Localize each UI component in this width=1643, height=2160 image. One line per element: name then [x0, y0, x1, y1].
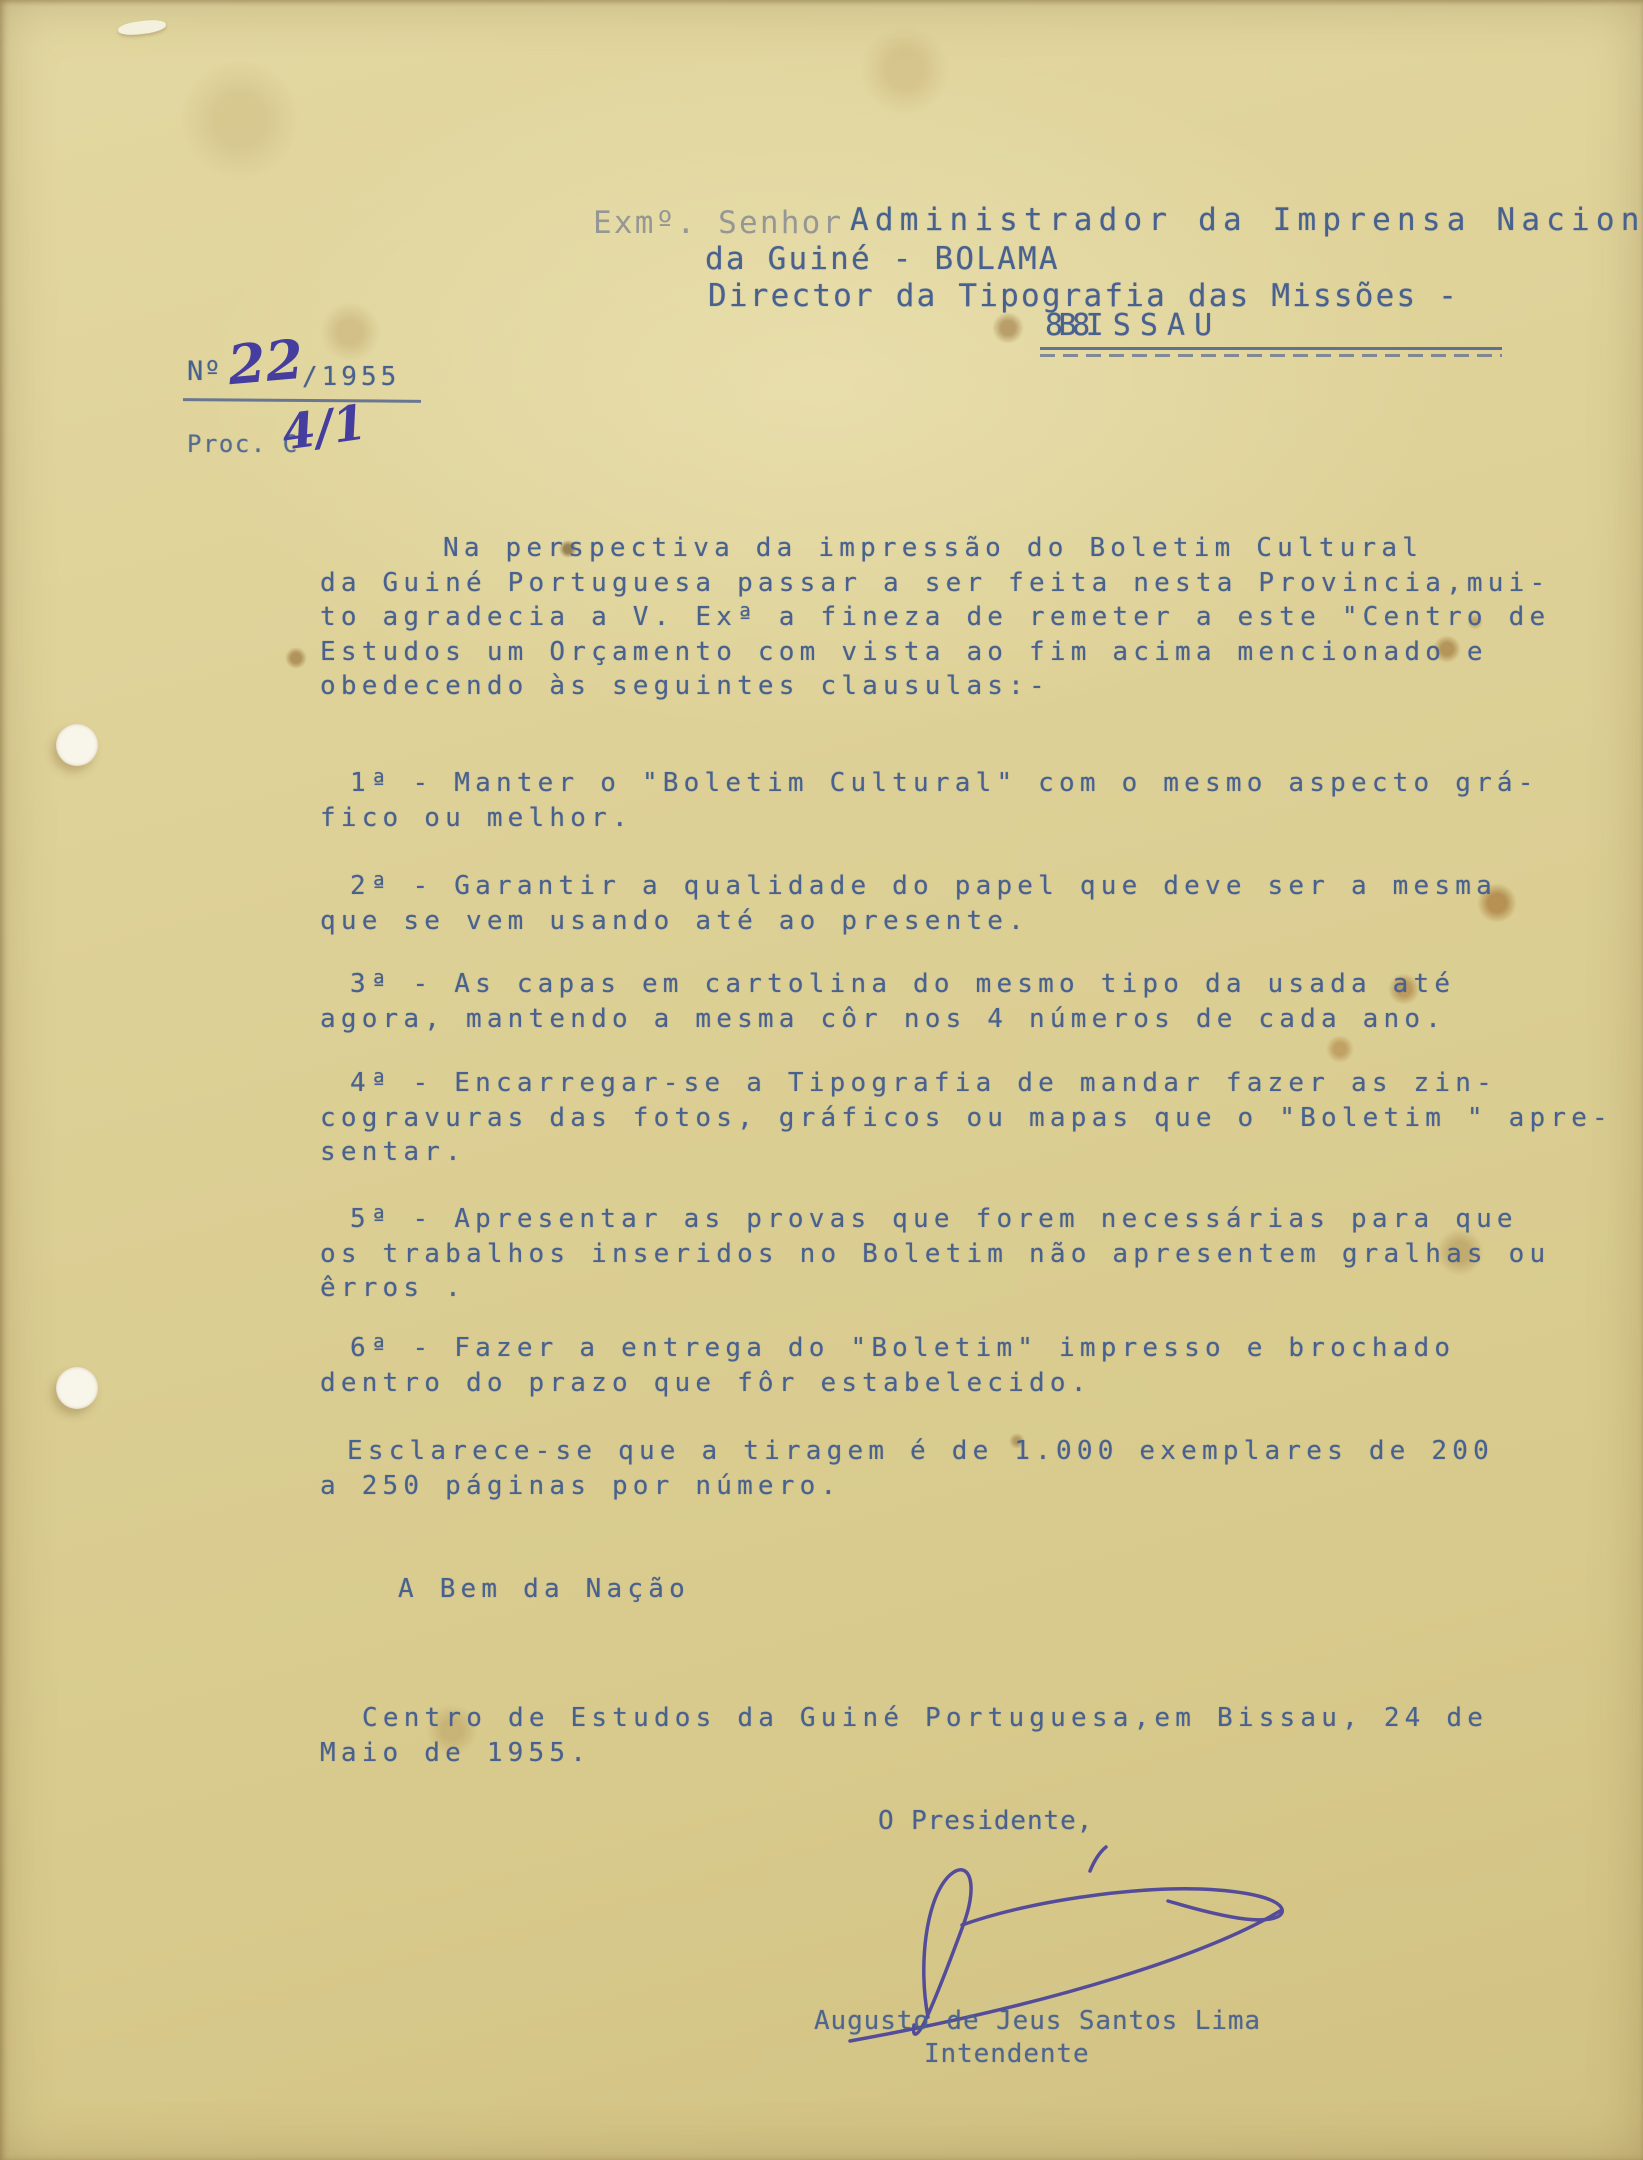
punch-hole-bottom: [56, 1367, 98, 1409]
place-date-line-2: Maio de 1955.: [320, 1736, 1488, 1771]
typed-line: 5ª - Apresentar as provas que forem nece…: [320, 1202, 1550, 1237]
proc-handwritten: 4/1: [279, 394, 370, 461]
header-salutation: Exmº. Senhor: [593, 205, 843, 241]
typed-line: 2ª - Garantir a qualidade do papel que d…: [320, 869, 1497, 904]
typed-line: obedecendo às seguintes clausulas:-: [320, 669, 1550, 704]
scanned-letter-page: Exmº. Senhor Administrador da Imprensa N…: [0, 0, 1643, 2160]
city-overstrike-line: 8B8I S S A U: [1045, 308, 1208, 343]
clause-3: 3ª - As capas em cartolina do mesmo tipo…: [320, 967, 1455, 1036]
city-underline-dashed: [1040, 354, 1502, 357]
ref-number-handwritten: 22: [225, 327, 305, 397]
typed-line: Na perspectiva da impressão do Boletim C…: [320, 531, 1550, 566]
recipient-title-line: Administrador da Imprensa Nacional: [850, 202, 1643, 238]
typed-line: os trabalhos inseridos no Boletim não ap…: [320, 1237, 1550, 1272]
clause-5: 5ª - Apresentar as provas que forem nece…: [320, 1202, 1550, 1306]
typed-line: êrros .: [320, 1271, 1550, 1306]
paragraph-opening: Na perspectiva da impressão do Boletim C…: [320, 531, 1550, 704]
typed-line: 6ª - Fazer a entrega do "Boletim" impres…: [320, 1331, 1455, 1366]
typed-line: dentro do prazo que fôr estabelecido.: [320, 1366, 1455, 1401]
motto-line: A Bem da Nação: [398, 1572, 690, 1607]
punch-hole-top: [56, 724, 98, 766]
paper-tear-notch: [117, 18, 166, 37]
city-underline: [1040, 347, 1502, 350]
clause-4: 4ª - Encarregar-se a Tipografia de manda…: [320, 1066, 1613, 1170]
place-date-line-1: Centro de Estudos da Guiné Portuguesa,em…: [320, 1701, 1488, 1736]
typed-line: to agradecia a V. Exª a fineza de remete…: [320, 600, 1550, 635]
typed-line: 4ª - Encarregar-se a Tipografia de manda…: [320, 1066, 1613, 1101]
clause-2: 2ª - Garantir a qualidade do papel que d…: [320, 869, 1497, 938]
typed-line: 3ª - As capas em cartolina do mesmo tipo…: [320, 967, 1455, 1002]
signer-title-line: Intendente: [924, 2039, 1090, 2069]
ref-number-label: Nº: [187, 356, 222, 387]
ref-number-year: /1955: [302, 362, 400, 392]
paragraph-print-run: Esclarece-se que a tiragem é de 1.000 ex…: [320, 1434, 1494, 1503]
typed-line: sentar.: [320, 1135, 1613, 1170]
place-date-block: Centro de Estudos da Guiné Portuguesa,em…: [320, 1701, 1488, 1770]
typed-line: 1ª - Manter o "Boletim Cultural" com o m…: [320, 766, 1539, 801]
typed-line: agora, mantendo a mesma côr nos 4 número…: [320, 1002, 1455, 1037]
typed-line: Esclarece-se que a tiragem é de 1.000 ex…: [320, 1434, 1494, 1469]
typed-line: que se vem usando até ao presente.: [320, 904, 1497, 939]
president-line: O Presidente,: [878, 1806, 1093, 1836]
typed-line: cogravuras das fotos, gráficos ou mapas …: [320, 1101, 1613, 1136]
clause-6: 6ª - Fazer a entrega do "Boletim" impres…: [320, 1331, 1455, 1400]
recipient-location-line: da Guiné - BOLAMA: [705, 241, 1060, 277]
typed-line: da Guiné Portuguesa passar a ser feita n…: [320, 566, 1550, 601]
typed-line: Estudos um Orçamento com vista ao fim ac…: [320, 635, 1550, 670]
signer-name-line: Augusto de Jeus Santos Lima: [814, 2006, 1261, 2036]
typed-line: a 250 páginas por número.: [320, 1469, 1494, 1504]
typed-line: fico ou melhor.: [320, 801, 1539, 836]
clause-1: 1ª - Manter o "Boletim Cultural" com o m…: [320, 766, 1539, 835]
